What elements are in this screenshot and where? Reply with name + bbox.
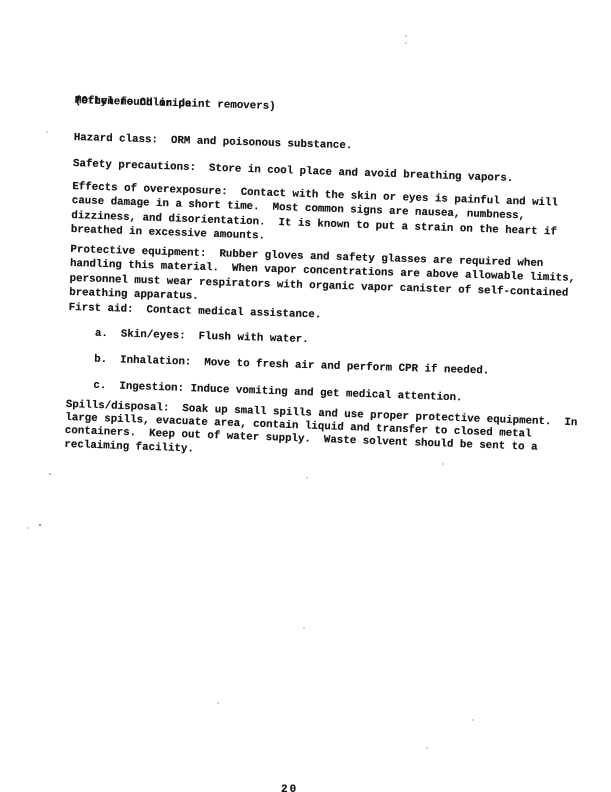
document-title: Methylene Chloride (Often found in paint… [75, 96, 545, 110]
first-aid-item-b: b. Inhalation: Move to fresh air and per… [67, 352, 489, 379]
scan-speck [426, 747, 428, 749]
scan-speck [442, 463, 444, 465]
scan-speck [49, 473, 51, 475]
title-line-2: (Often found in paint removers) [75, 96, 276, 113]
scanned-page: Methylene Chloride (Often found in paint… [0, 0, 611, 792]
scan-speck [46, 131, 48, 133]
hazard-class-line: Hazard class: ORM and poisonous substanc… [74, 131, 353, 154]
scan-speck [405, 42, 407, 44]
scan-speck [306, 477, 308, 479]
scan-speck [27, 527, 29, 529]
spills-disposal-paragraph: Spills/disposal: Soak up small spills an… [64, 399, 577, 470]
scan-speck [303, 627, 305, 629]
scan-speck [405, 35, 407, 37]
scan-speck [217, 702, 219, 704]
effects-paragraph: Effects of overexposure: Contact with th… [71, 180, 559, 254]
scan-speck [472, 719, 474, 721]
scan-speck [39, 524, 41, 526]
page-number: 20 [281, 784, 298, 792]
first-aid-item-a: a. Skin/eyes: Flush with water. [68, 326, 309, 348]
document-body: Methylene Chloride (Often found in paint… [75, 96, 545, 110]
